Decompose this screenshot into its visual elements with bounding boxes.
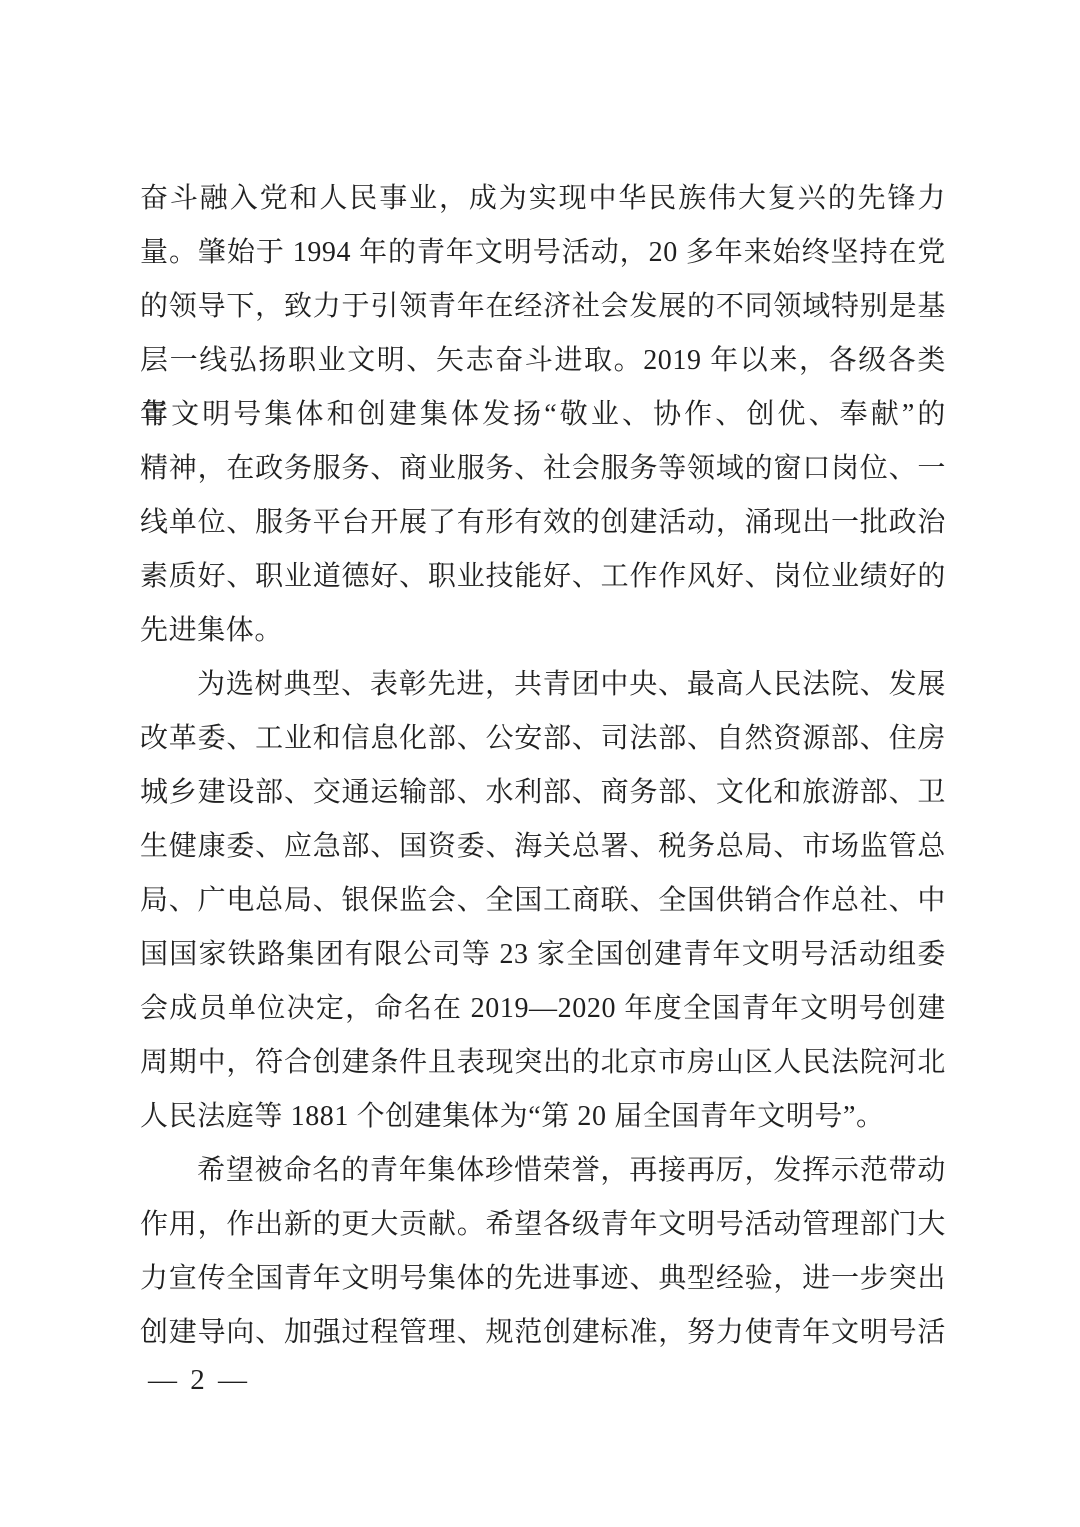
text-line: 奋斗融入党和人民事业，成为实现中华民族伟大复兴的先锋力 xyxy=(140,172,946,226)
text-line: 年文明号集体和创建集体发扬“敬业、协作、创优、奉献”的 xyxy=(140,388,946,442)
text-line: 的领导下，致力于引领青年在经济社会发展的不同领域特别是基 xyxy=(140,280,946,334)
text-block: 奋斗融入党和人民事业，成为实现中华民族伟大复兴的先锋力量。肇始于 1994 年的… xyxy=(140,172,946,1360)
text-line: 创建导向、加强过程管理、规范创建标准，努力使青年文明号活 xyxy=(140,1306,946,1360)
text-line: 城乡建设部、交通运输部、水利部、商务部、文化和旅游部、卫 xyxy=(140,766,946,820)
text-line: 国国家铁路集团有限公司等 23 家全国创建青年文明号活动组委 xyxy=(140,928,946,982)
text-line: 改革委、工业和信息化部、公安部、司法部、自然资源部、住房 xyxy=(140,712,946,766)
paragraph: 希望被命名的青年集体珍惜荣誉，再接再厉，发挥示范带动作用，作出新的更大贡献。希望… xyxy=(140,1144,946,1360)
document-page: 奋斗融入党和人民事业，成为实现中华民族伟大复兴的先锋力量。肇始于 1994 年的… xyxy=(0,0,1080,1527)
text-line: 层一线弘扬职业文明、矢志奋斗进取。2019 年以来，各级各类青 xyxy=(140,334,946,388)
text-line: 精神，在政务服务、商业服务、社会服务等领域的窗口岗位、一 xyxy=(140,442,946,496)
text-line: 力宣传全国青年文明号集体的先进事迹、典型经验，进一步突出 xyxy=(140,1252,946,1306)
text-line: 生健康委、应急部、国资委、海关总署、税务总局、市场监管总 xyxy=(140,820,946,874)
text-line: 会成员单位决定，命名在 2019—2020 年度全国青年文明号创建 xyxy=(140,982,946,1036)
paragraph: 为选树典型、表彰先进，共青团中央、最高人民法院、发展改革委、工业和信息化部、公安… xyxy=(140,658,946,1144)
paragraph: 奋斗融入党和人民事业，成为实现中华民族伟大复兴的先锋力量。肇始于 1994 年的… xyxy=(140,172,946,658)
page-number: — 2 — xyxy=(148,1362,250,1398)
text-line: 先进集体。 xyxy=(140,604,946,658)
text-line: 线单位、服务平台开展了有形有效的创建活动，涌现出一批政治 xyxy=(140,496,946,550)
text-line: 希望被命名的青年集体珍惜荣誉，再接再厉，发挥示范带动 xyxy=(140,1144,946,1198)
text-line: 素质好、职业道德好、职业技能好、工作作风好、岗位业绩好的 xyxy=(140,550,946,604)
text-line: 为选树典型、表彰先进，共青团中央、最高人民法院、发展 xyxy=(140,658,946,712)
text-line: 周期中，符合创建条件且表现突出的北京市房山区人民法院河北 xyxy=(140,1036,946,1090)
text-line: 局、广电总局、银保监会、全国工商联、全国供销合作总社、中 xyxy=(140,874,946,928)
text-line: 量。肇始于 1994 年的青年文明号活动，20 多年来始终坚持在党 xyxy=(140,226,946,280)
text-line: 作用，作出新的更大贡献。希望各级青年文明号活动管理部门大 xyxy=(140,1198,946,1252)
text-line: 人民法庭等 1881 个创建集体为“第 20 届全国青年文明号”。 xyxy=(140,1090,946,1144)
